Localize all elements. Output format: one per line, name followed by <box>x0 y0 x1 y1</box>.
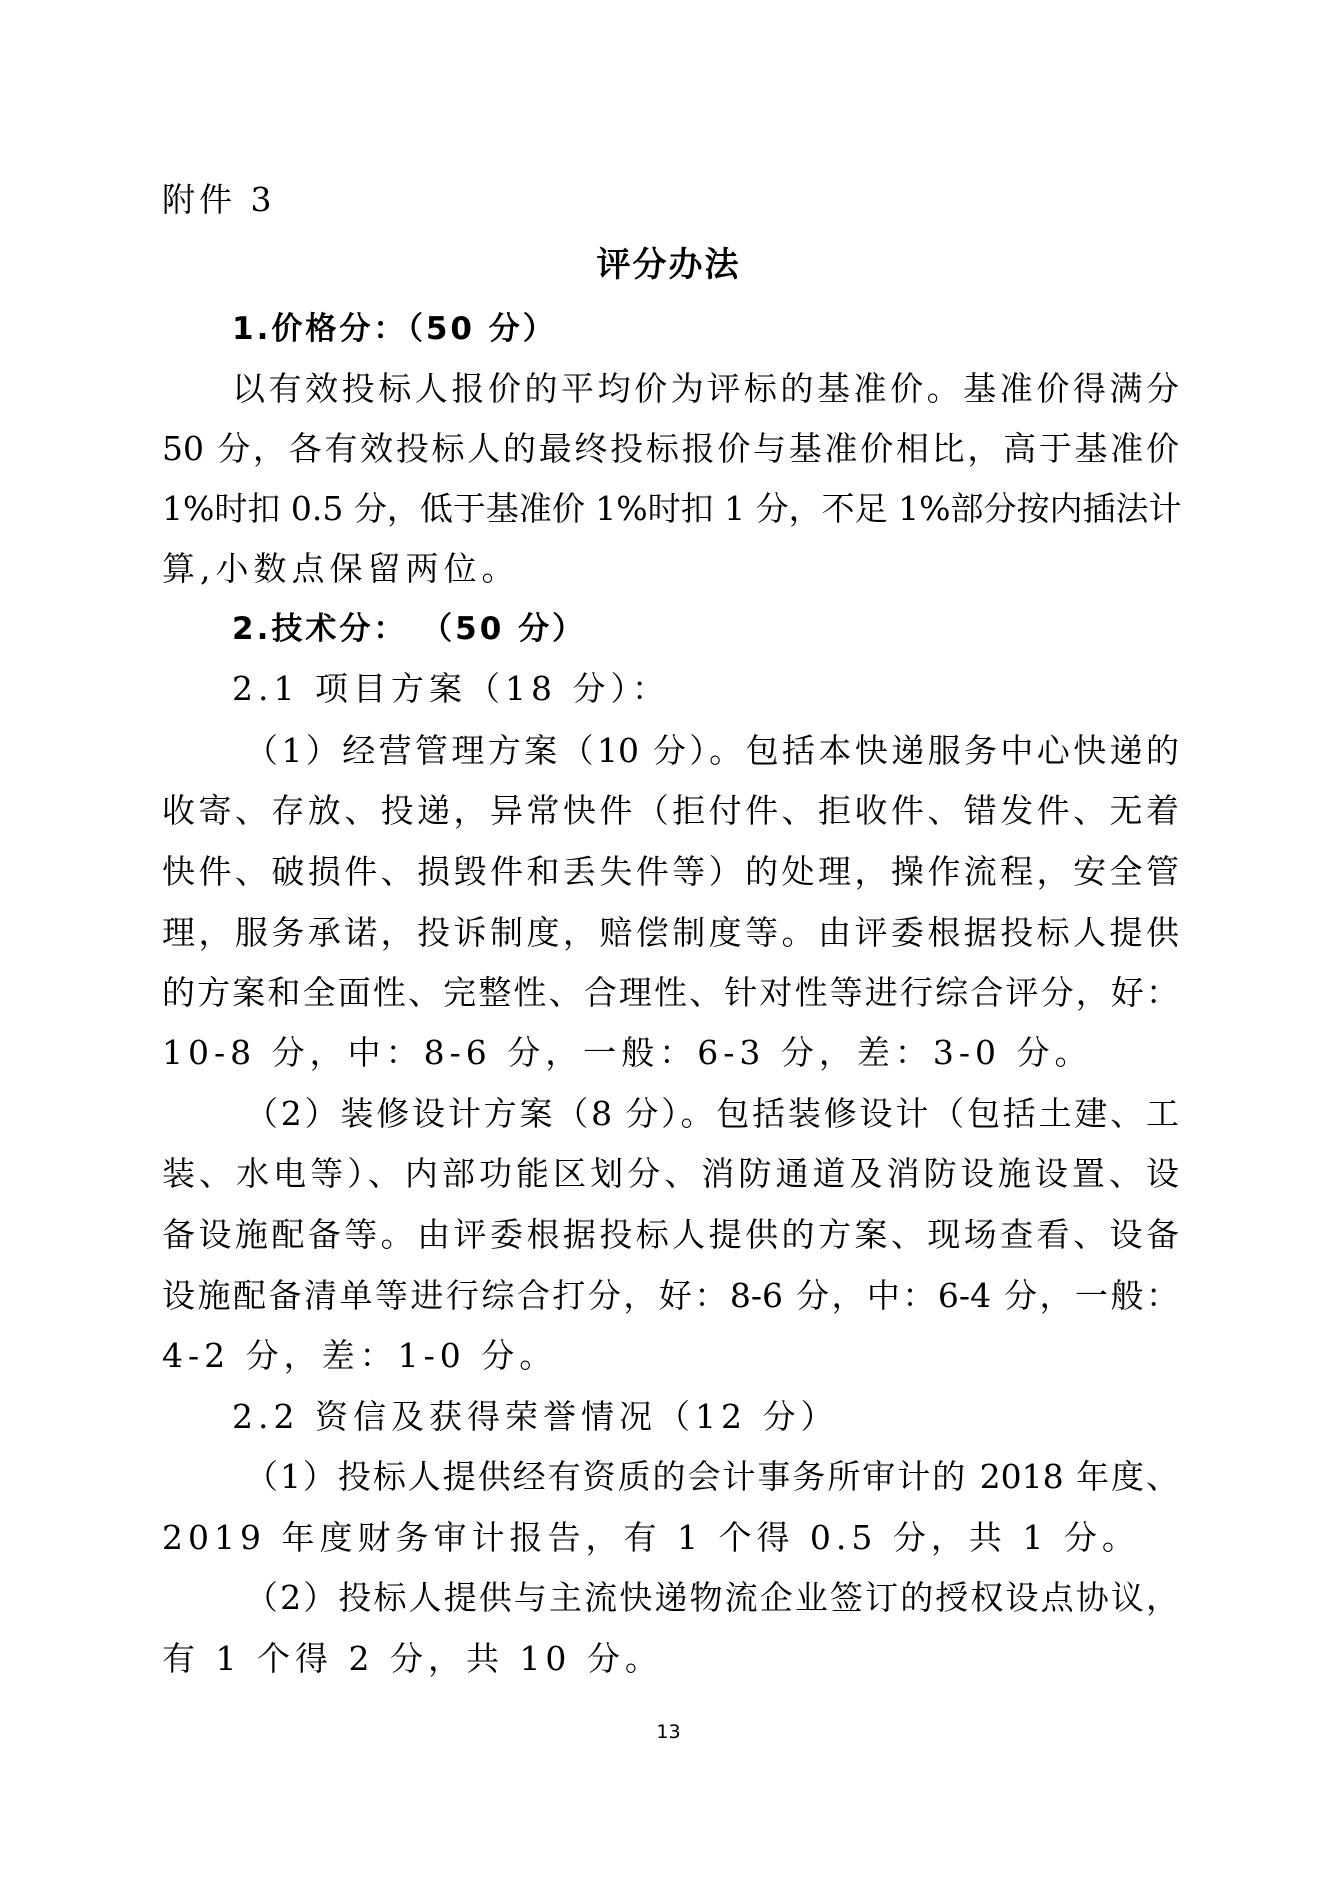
section-1-line: 以有效投标人报价的平均价为评标的基准价。基准价得满分 <box>232 365 1179 413</box>
item-2-2-1-line: （1）投标人提供经有资质的会计事务所审计的 2018 年度、 <box>245 1453 1179 1501</box>
item-2-1-1-line: （1）经营管理方案（10 分）。包括本快递服务中心快递的 <box>245 727 1179 775</box>
section-1-line: 算,小数点保留两位。 <box>162 545 1179 593</box>
attachment-label: 附件 3 <box>162 176 276 224</box>
section-1-heading: 1.价格分：（50 分） <box>232 305 557 353</box>
item-2-1-2-line: 装、水电等）、内部功能区划分、消防通道及消防设施设置、设 <box>162 1150 1179 1198</box>
section-1-line: 1%时扣 0.5 分，低于基准价 1%时扣 1 分，不足 1%部分按内插法计 <box>162 485 1179 533</box>
section-2-heading: 2.技术分： （50 分） <box>232 605 586 653</box>
subsection-2-1-heading: 2.1 项目方案（18 分）： <box>232 665 1179 713</box>
page-title: 评分办法 <box>0 240 1337 290</box>
document-page: 附件 3 评分办法 1.价格分：（50 分） 以有效投标人报价的平均价为评标的基… <box>0 0 1337 1891</box>
item-2-1-1-line: 收寄、存放、投递，异常快件（拒付件、拒收件、错发件、无着 <box>162 787 1179 835</box>
item-2-1-2-line: 设施配备清单等进行综合打分，好：8-6 分，中：6-4 分，一般： <box>162 1272 1179 1320</box>
item-2-1-1-line: 理，服务承诺，投诉制度，赔偿制度等。由评委根据投标人提供 <box>162 909 1179 957</box>
item-2-1-1-line: 10-8 分，中：8-6 分，一般：6-3 分，差：3-0 分。 <box>162 1029 1179 1077</box>
item-2-1-1-line: 快件、破损件、损毁件和丢失件等）的处理，操作流程，安全管 <box>162 848 1179 896</box>
item-2-1-1-line: 的方案和全面性、完整性、合理性、针对性等进行综合评分，好： <box>162 969 1179 1017</box>
item-2-1-2-line: 4-2 分，差：1-0 分。 <box>162 1332 1179 1380</box>
item-2-2-1-line: 2019 年度财务审计报告，有 1 个得 0.5 分，共 1 分。 <box>162 1514 1179 1562</box>
page-number: 13 <box>0 1720 1337 1744</box>
item-2-2-2-line: （2）投标人提供与主流快递物流企业签订的授权设点协议， <box>245 1574 1179 1622</box>
item-2-1-2-line: 备设施配备等。由评委根据投标人提供的方案、现场查看、设备 <box>162 1211 1179 1259</box>
section-1-line: 50 分，各有效投标人的最终投标报价与基准价相比，高于基准价 <box>162 425 1179 473</box>
item-2-2-2-line: 有 1 个得 2 分，共 10 分。 <box>162 1635 1179 1683</box>
item-2-1-2-line: （2）装修设计方案（8 分）。包括装修设计（包括土建、工 <box>245 1090 1179 1138</box>
subsection-2-2-heading: 2.2 资信及获得荣誉情况（12 分） <box>232 1393 1179 1441</box>
